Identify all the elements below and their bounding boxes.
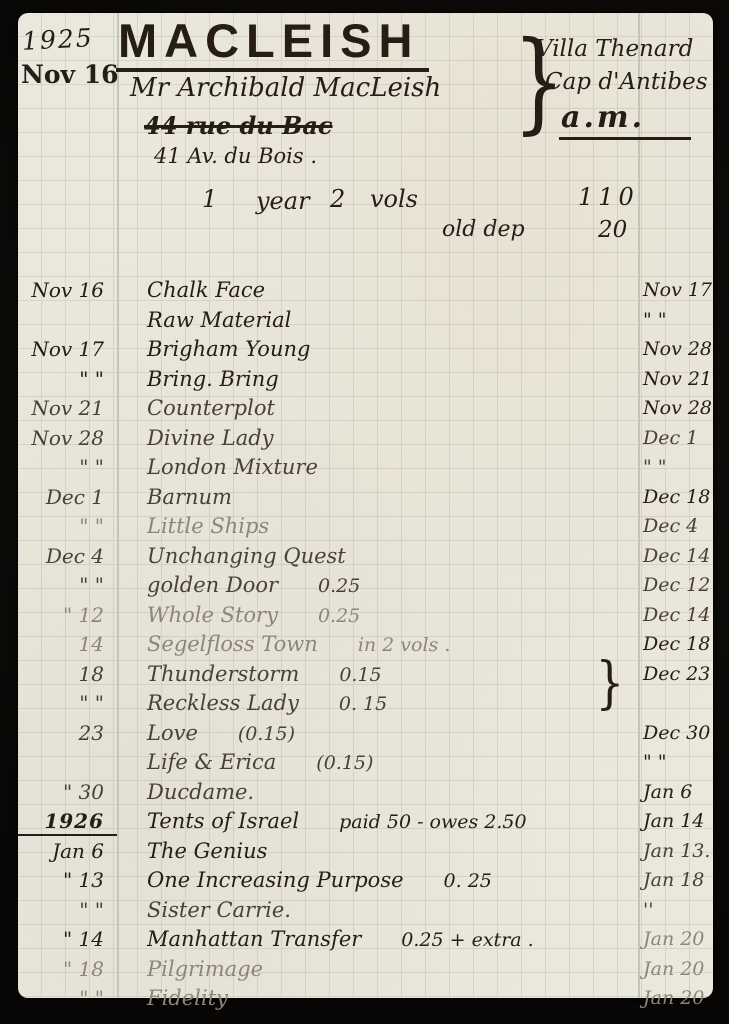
return-date: Jan 14	[638, 808, 713, 834]
price-note: 0.25	[318, 573, 360, 599]
return-date: Nov 17	[638, 277, 713, 303]
borrow-date: " "	[18, 513, 117, 539]
book-title: One Increasing Purpose0. 25	[117, 867, 638, 894]
price-note: in 2 vols .	[358, 632, 451, 658]
entry-row: Life & Erica(0.15)" "	[18, 749, 713, 779]
price-note: 0. 15	[339, 691, 387, 717]
return-date: Dec 30	[638, 720, 713, 746]
return-date: ''	[638, 897, 713, 923]
borrow-date: " 18	[18, 956, 117, 982]
book-title: Raw Material	[117, 307, 638, 333]
crossed-out-address: 44 rue du Bac	[144, 111, 333, 140]
entry-row: " "golden Door0.25Dec 12	[18, 572, 713, 602]
book-title: Divine Lady	[117, 425, 638, 451]
return-date: " "	[638, 454, 713, 480]
subscription-volumes-unit: vols	[370, 185, 418, 213]
book-title: The Genius	[117, 838, 638, 864]
book-title: Reckless Lady0. 15	[117, 690, 638, 717]
card-year: 1925	[21, 23, 94, 56]
entry-row: Nov 16Chalk FaceNov 17	[18, 277, 713, 307]
borrow-date: " "	[18, 454, 117, 480]
current-address: 41 Av. du Bois .	[154, 144, 317, 168]
borrow-date: Jan 6	[18, 838, 117, 864]
entry-row: " 13One Increasing Purpose0. 25Jan 18	[18, 867, 713, 897]
deposit-amount: 20	[598, 217, 627, 243]
book-title: London Mixture	[117, 454, 638, 480]
price-note: (0.15)	[316, 750, 373, 776]
return-brace-mark: }	[596, 651, 625, 716]
borrow-date: " 30	[18, 779, 117, 805]
price-note: 0.25	[318, 603, 360, 629]
book-title: Little Ships	[117, 513, 638, 539]
return-date: Jan 13.	[638, 838, 713, 864]
entry-row: Nov 17Brigham YoungNov 28	[18, 336, 713, 366]
entry-row: 23Love(0.15)Dec 30	[18, 720, 713, 750]
borrow-date: " "	[18, 985, 117, 1011]
entry-row: " "London Mixture" "	[18, 454, 713, 484]
book-title: Thunderstorm0.15	[117, 661, 638, 688]
subscription-term-qty: 1	[202, 185, 217, 213]
book-title: Love(0.15)	[117, 720, 638, 747]
borrow-date: 18	[18, 661, 117, 687]
secondary-address-note: a.m.	[559, 100, 691, 140]
borrow-date: " 14	[18, 926, 117, 952]
return-date: Nov 21	[638, 366, 713, 392]
book-title: Brigham Young	[117, 336, 638, 362]
return-date: Dec 12	[638, 572, 713, 598]
price-note: 0. 25	[444, 868, 492, 894]
secondary-address-line2: Cap d'Antibes	[545, 69, 708, 95]
book-title: Ducdame.	[117, 779, 638, 805]
book-title: golden Door0.25	[117, 572, 638, 599]
return-date: Nov 28	[638, 336, 713, 362]
book-title: Fidelity	[117, 985, 638, 1011]
book-title: Manhattan Transfer0.25 + extra .	[117, 926, 638, 953]
secondary-address-line1: Villa Thenard	[536, 36, 693, 62]
borrow-date: Nov 28	[18, 425, 117, 451]
price-note: 0.25 + extra .	[401, 927, 533, 953]
borrow-date: 1926	[18, 808, 117, 836]
entry-row: Dec 1BarnumDec 18	[18, 484, 713, 514]
subscription-volumes-qty: 2	[330, 185, 345, 213]
member-surname-heading: MACLEISH	[116, 13, 429, 72]
price-note: paid 50 - owes 2.50	[339, 809, 527, 835]
borrow-date: Nov 16	[18, 277, 117, 303]
entry-row: " "FidelityJan 20	[18, 985, 713, 1015]
book-title: Pilgrimage	[117, 956, 638, 982]
return-date: Dec 23	[638, 661, 713, 687]
borrow-date: 14	[18, 631, 117, 657]
book-title: Chalk Face	[117, 277, 638, 303]
return-date: Dec 1	[638, 425, 713, 451]
member-full-name: Mr Archibald MacLeish	[130, 73, 441, 103]
borrow-date: " "	[18, 366, 117, 392]
return-date: Jan 20	[638, 926, 713, 952]
book-title: Segelfloss Townin 2 vols .	[117, 631, 638, 658]
entry-row: " "Little ShipsDec 4	[18, 513, 713, 543]
book-title: Tents of Israelpaid 50 - owes 2.50	[117, 808, 638, 835]
borrowing-entries-list: Nov 16Chalk FaceNov 17Raw Material" "Nov…	[18, 277, 713, 1015]
subscription-amount: 110	[578, 183, 639, 211]
entry-row: 1926Tents of Israelpaid 50 - owes 2.50Ja…	[18, 808, 713, 838]
book-title: Bring. Bring	[117, 366, 638, 392]
borrow-date: " "	[18, 897, 117, 923]
entry-row: " 30Ducdame.Jan 6	[18, 779, 713, 809]
return-date: " "	[638, 307, 713, 333]
return-date: Jan 20	[638, 985, 713, 1011]
return-date: Jan 18	[638, 867, 713, 893]
borrow-date: " 13	[18, 867, 117, 893]
borrow-date: " "	[18, 690, 117, 716]
entry-row: Raw Material" "	[18, 307, 713, 337]
lending-library-card: 1925 Nov 16 MACLEISH Mr Archibald MacLei…	[18, 13, 713, 998]
return-date: Nov 28	[638, 395, 713, 421]
return-date: Jan 6	[638, 779, 713, 805]
book-title: Counterplot	[117, 395, 638, 421]
return-date: Dec 14	[638, 602, 713, 628]
return-date: " "	[638, 749, 713, 775]
price-note: 0.15	[339, 662, 381, 688]
entry-row: " 18PilgrimageJan 20	[18, 956, 713, 986]
book-title: Barnum	[117, 484, 638, 510]
entry-row: Jan 6The GeniusJan 13.	[18, 838, 713, 868]
return-date: Dec 14	[638, 543, 713, 569]
return-date: Dec 18	[638, 631, 713, 657]
borrow-date: Nov 21	[18, 395, 117, 421]
entry-row: " "Sister Carrie.''	[18, 897, 713, 927]
membership-start-date: Nov 16	[21, 60, 119, 89]
price-note: (0.15)	[238, 721, 295, 747]
entry-row: " 14Manhattan Transfer0.25 + extra .Jan …	[18, 926, 713, 956]
borrow-date: " "	[18, 572, 117, 598]
book-title: Unchanging Quest	[117, 543, 638, 569]
book-title: Sister Carrie.	[117, 897, 638, 923]
return-date: Jan 20	[638, 956, 713, 982]
borrow-date: Nov 17	[18, 336, 117, 362]
borrow-date: Dec 1	[18, 484, 117, 510]
entry-row: " 12Whole Story0.25Dec 14	[18, 602, 713, 632]
entry-row: Dec 4Unchanging QuestDec 14	[18, 543, 713, 573]
book-title: Life & Erica(0.15)	[117, 749, 638, 776]
return-date: Dec 4	[638, 513, 713, 539]
borrow-date: Dec 4	[18, 543, 117, 569]
subscription-term-unit: year	[256, 187, 310, 215]
entry-row: Nov 28Divine LadyDec 1	[18, 425, 713, 455]
borrow-date: " 12	[18, 602, 117, 628]
deposit-label: old dep	[442, 217, 525, 242]
book-title: Whole Story0.25	[117, 602, 638, 629]
entry-row: Nov 21CounterplotNov 28	[18, 395, 713, 425]
return-date: Dec 18	[638, 484, 713, 510]
borrow-date: 23	[18, 720, 117, 746]
entry-row: " "Bring. BringNov 21	[18, 366, 713, 396]
